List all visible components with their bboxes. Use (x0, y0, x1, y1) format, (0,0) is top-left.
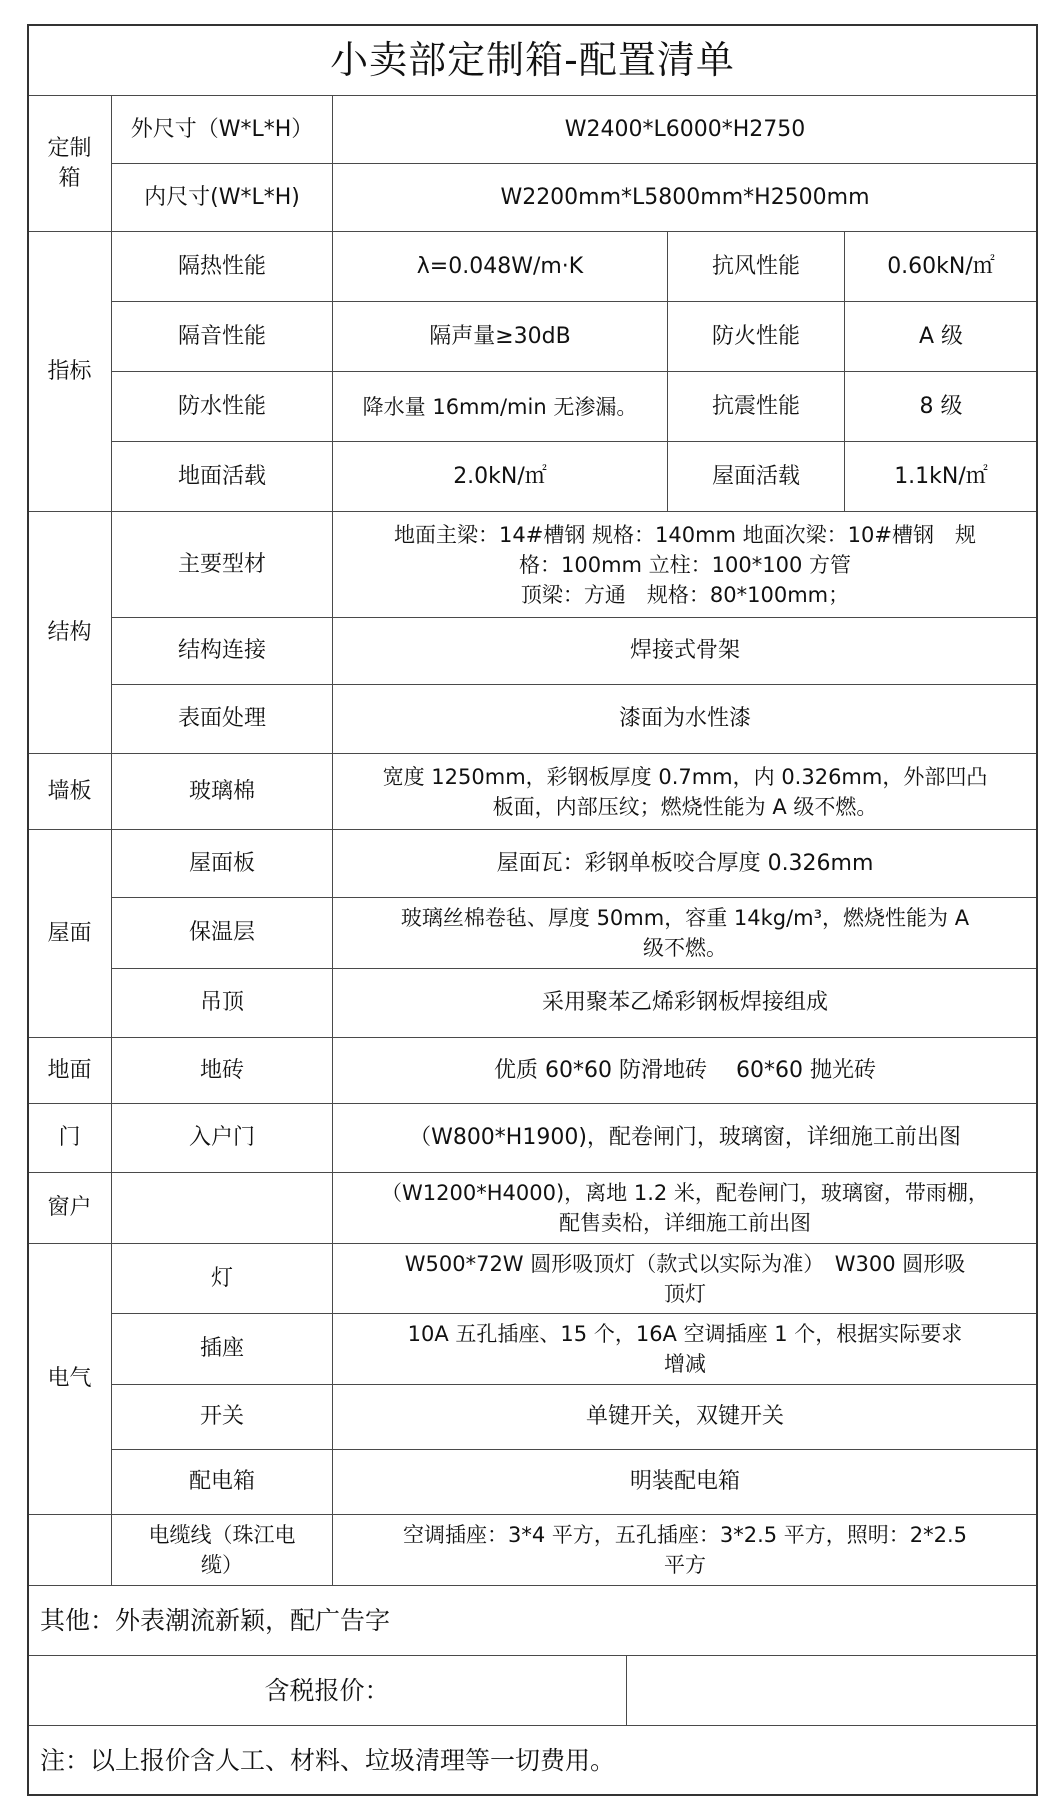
section-indicators: 指标 (27, 231, 112, 512)
note-text: 注：以上报价含人工、材料、垃圾清理等一切费用。 (40, 1746, 615, 1776)
section-label: 地面 (47, 1056, 91, 1086)
value-text: 屋面瓦：彩钢单板咬合厚度 0.326mm (497, 849, 874, 879)
indicator-label: 隔热性能 (111, 231, 333, 302)
roof-value: 屋面瓦：彩钢单板咬合厚度 0.326mm (332, 829, 1038, 898)
value-text: 明装配电箱 (630, 1467, 740, 1497)
note-row: 注：以上报价含人工、材料、垃圾清理等一切费用。 (27, 1725, 1038, 1796)
section-box: 定制箱 (27, 95, 112, 232)
value-line: 板面，内部压纹；燃烧性能为 A 级不燃。 (493, 792, 878, 822)
value-line: 10A 五孔插座、15 个，16A 空调插座 1 个，根据实际要求 (408, 1319, 963, 1349)
window-label (111, 1172, 333, 1244)
value-line: 地面主梁：14#槽钢 规格：140mm 地面次梁：10#槽钢 规 (394, 520, 976, 550)
label-text: 开关 (200, 1402, 244, 1432)
label-text: 入户门 (189, 1123, 255, 1153)
indicator-value: 1.1kN/㎡ (844, 441, 1038, 512)
value-text: 优质 60*60 防滑地砖 60*60 抛光砖 (494, 1056, 876, 1086)
value-line: 宽度 1250mm，彩钢板厚度 0.7mm，内 0.326mm，外部凹凸 (383, 762, 988, 792)
structure-value: 焊接式骨架 (332, 617, 1038, 685)
electrical-value: 10A 五孔插座、15 个，16A 空调插座 1 个，根据实际要求 增减 (332, 1313, 1038, 1385)
section-window: 窗户 (27, 1172, 112, 1244)
section-roof: 屋面 (27, 829, 112, 1038)
value-text: 漆面为水性漆 (619, 704, 751, 734)
label-line: 电缆线（珠江电 (149, 1520, 296, 1550)
section-label: 电气 (47, 1364, 91, 1394)
value-text: W2400*L6000*H2750 (565, 115, 806, 145)
value-text: λ=0.048W/m·K (417, 252, 583, 282)
indicator-label: 地面活载 (111, 441, 333, 512)
roof-value: 采用聚苯乙烯彩钢板焊接组成 (332, 968, 1038, 1038)
section-label: 窗户 (47, 1193, 91, 1223)
label-text: 灯 (211, 1264, 233, 1294)
value-text: A 级 (919, 322, 963, 352)
price-label: 含税报价： (27, 1655, 627, 1726)
roof-label: 吊顶 (111, 968, 333, 1038)
inner-size-value: W2200mm*L5800mm*H2500mm (332, 163, 1038, 232)
value-line: 格：100mm 立柱：100*100 方管 (519, 550, 851, 580)
value-text: 采用聚苯乙烯彩钢板焊接组成 (542, 988, 828, 1018)
indicator-value: 隔声量≥30dB (332, 301, 668, 372)
electrical-value: 单键开关，双键开关 (332, 1384, 1038, 1450)
label-text: 吊顶 (200, 988, 244, 1018)
label-text: 主要型材 (178, 550, 266, 580)
cable-value: 空调插座：3*4 平方，五孔插座：3*2.5 平方，照明：2*2.5 平方 (332, 1514, 1038, 1586)
indicator-label: 防水性能 (111, 371, 333, 442)
indicator-value: λ=0.048W/m·K (332, 231, 668, 302)
value-text: 1.1kN/㎡ (894, 462, 988, 492)
section-wall: 墙板 (27, 753, 112, 830)
value-text: W2200mm*L5800mm*H2500mm (500, 183, 869, 213)
structure-label: 结构连接 (111, 617, 333, 685)
indicator-label: 防火性能 (667, 301, 845, 372)
section-electrical: 电气 (27, 1243, 112, 1515)
label-text: 屋面活载 (712, 462, 800, 492)
value-text: 2.0kN/㎡ (453, 462, 547, 492)
price-value-field (626, 1655, 1038, 1726)
label-text: 隔音性能 (178, 322, 266, 352)
indicator-value: 2.0kN/㎡ (332, 441, 668, 512)
label-text: 防水性能 (178, 392, 266, 422)
label-text: 屋面板 (189, 849, 255, 879)
page-title: 小卖部定制箱-配置清单 (27, 24, 1038, 96)
label-text: 防火性能 (712, 322, 800, 352)
structure-label: 表面处理 (111, 684, 333, 754)
section-door: 门 (27, 1103, 112, 1173)
value-text: 0.60kN/㎡ (887, 252, 995, 282)
label-text: 表面处理 (178, 704, 266, 734)
value-line: 配售卖柗，详细施工前出图 (559, 1208, 811, 1238)
indicator-label: 屋面活载 (667, 441, 845, 512)
section-label: 指标 (47, 357, 91, 387)
outer-size-value: W2400*L6000*H2750 (332, 95, 1038, 164)
section-label: 墙板 (47, 777, 91, 807)
door-value: （W800*H1900)，配卷闸门，玻璃窗，详细施工前出图 (332, 1103, 1038, 1173)
value-line: 空调插座：3*4 平方，五孔插座：3*2.5 平方，照明：2*2.5 (403, 1520, 967, 1550)
label-text: 地面活载 (178, 462, 266, 492)
label-text: 玻璃棉 (189, 777, 255, 807)
indicator-value: 降水量 16mm/min 无渗漏。 (332, 371, 668, 442)
wall-label: 玻璃棉 (111, 753, 333, 830)
label-text: 配电箱 (189, 1467, 255, 1497)
indicator-label: 抗震性能 (667, 371, 845, 442)
electrical-label: 灯 (111, 1243, 333, 1314)
structure-label: 主要型材 (111, 511, 333, 618)
other-text: 其他：外表潮流新颖，配广告字 (40, 1606, 390, 1636)
label-text: 抗风性能 (712, 252, 800, 282)
roof-value: 玻璃丝棉卷毡、厚度 50mm，容重 14kg/m³，燃烧性能为 A 级不燃。 (332, 897, 1038, 969)
outer-size-label: 外尺寸（W*L*H） (111, 95, 333, 164)
section-label: 门 (58, 1123, 80, 1153)
price-label-text: 含税报价： (264, 1676, 389, 1706)
value-line: 增减 (664, 1349, 706, 1379)
section-floor: 地面 (27, 1037, 112, 1104)
value-line: 玻璃丝棉卷毡、厚度 50mm，容重 14kg/m³，燃烧性能为 A (401, 903, 969, 933)
roof-label: 屋面板 (111, 829, 333, 898)
structure-value: 地面主梁：14#槽钢 规格：140mm 地面次梁：10#槽钢 规 格：100mm… (332, 511, 1038, 618)
structure-value: 漆面为水性漆 (332, 684, 1038, 754)
inner-size-label: 内尺寸(W*L*H) (111, 163, 333, 232)
section-label: 结构 (47, 618, 91, 648)
config-list-sheet: 小卖部定制箱-配置清单 定制箱 外尺寸（W*L*H） W2400*L6000*H… (0, 0, 1055, 1817)
electrical-value: W500*72W 圆形吸顶灯（款式以实际为准） W300 圆形吸 顶灯 (332, 1243, 1038, 1314)
indicator-value: A 级 (844, 301, 1038, 372)
value-text: 降水量 16mm/min 无渗漏。 (363, 392, 638, 422)
value-text: 8 级 (920, 392, 963, 422)
label-text: 内尺寸(W*L*H) (144, 183, 300, 213)
value-text: （W800*H1900)，配卷闸门，玻璃窗，详细施工前出图 (409, 1123, 961, 1153)
label-line: 缆） (201, 1550, 243, 1580)
window-value: （W1200*H4000)，离地 1.2 米，配卷闸门，玻璃窗，带雨棚， 配售卖… (332, 1172, 1038, 1244)
other-row: 其他：外表潮流新颖，配广告字 (27, 1585, 1038, 1656)
section-structure: 结构 (27, 511, 112, 754)
label-text: 隔热性能 (178, 252, 266, 282)
title-text: 小卖部定制箱-配置清单 (330, 45, 735, 75)
cable-section-empty (27, 1514, 112, 1586)
indicator-value: 0.60kN/㎡ (844, 231, 1038, 302)
indicator-label: 抗风性能 (667, 231, 845, 302)
value-line: W500*72W 圆形吸顶灯（款式以实际为准） W300 圆形吸 (405, 1249, 966, 1279)
door-label: 入户门 (111, 1103, 333, 1173)
label-text: 地砖 (200, 1056, 244, 1086)
electrical-label: 插座 (111, 1313, 333, 1385)
value-line: 顶梁：方通 规格：80*100mm； (521, 580, 849, 610)
value-text: 单键开关，双键开关 (586, 1402, 784, 1432)
section-label: 定制箱 (46, 134, 94, 194)
label-text: 保温层 (189, 918, 255, 948)
value-text: 隔声量≥30dB (429, 322, 571, 352)
electrical-label: 开关 (111, 1384, 333, 1450)
label-text: 插座 (200, 1334, 244, 1364)
floor-label: 地砖 (111, 1037, 333, 1104)
electrical-value: 明装配电箱 (332, 1449, 1038, 1515)
electrical-label: 配电箱 (111, 1449, 333, 1515)
label-text: 外尺寸（W*L*H） (131, 115, 314, 145)
value-line: 级不燃。 (643, 933, 727, 963)
indicator-label: 隔音性能 (111, 301, 333, 372)
section-label: 屋面 (47, 919, 91, 949)
label-text: 抗震性能 (712, 392, 800, 422)
value-line: 平方 (664, 1550, 706, 1580)
value-line: 顶灯 (664, 1279, 706, 1309)
value-line: （W1200*H4000)，离地 1.2 米，配卷闸门，玻璃窗，带雨棚， (381, 1178, 989, 1208)
cable-label: 电缆线（珠江电 缆） (111, 1514, 333, 1586)
wall-value: 宽度 1250mm，彩钢板厚度 0.7mm，内 0.326mm，外部凹凸 板面，… (332, 753, 1038, 830)
indicator-value: 8 级 (844, 371, 1038, 442)
roof-label: 保温层 (111, 897, 333, 969)
floor-value: 优质 60*60 防滑地砖 60*60 抛光砖 (332, 1037, 1038, 1104)
value-text: 焊接式骨架 (630, 636, 740, 666)
label-text: 结构连接 (178, 636, 266, 666)
